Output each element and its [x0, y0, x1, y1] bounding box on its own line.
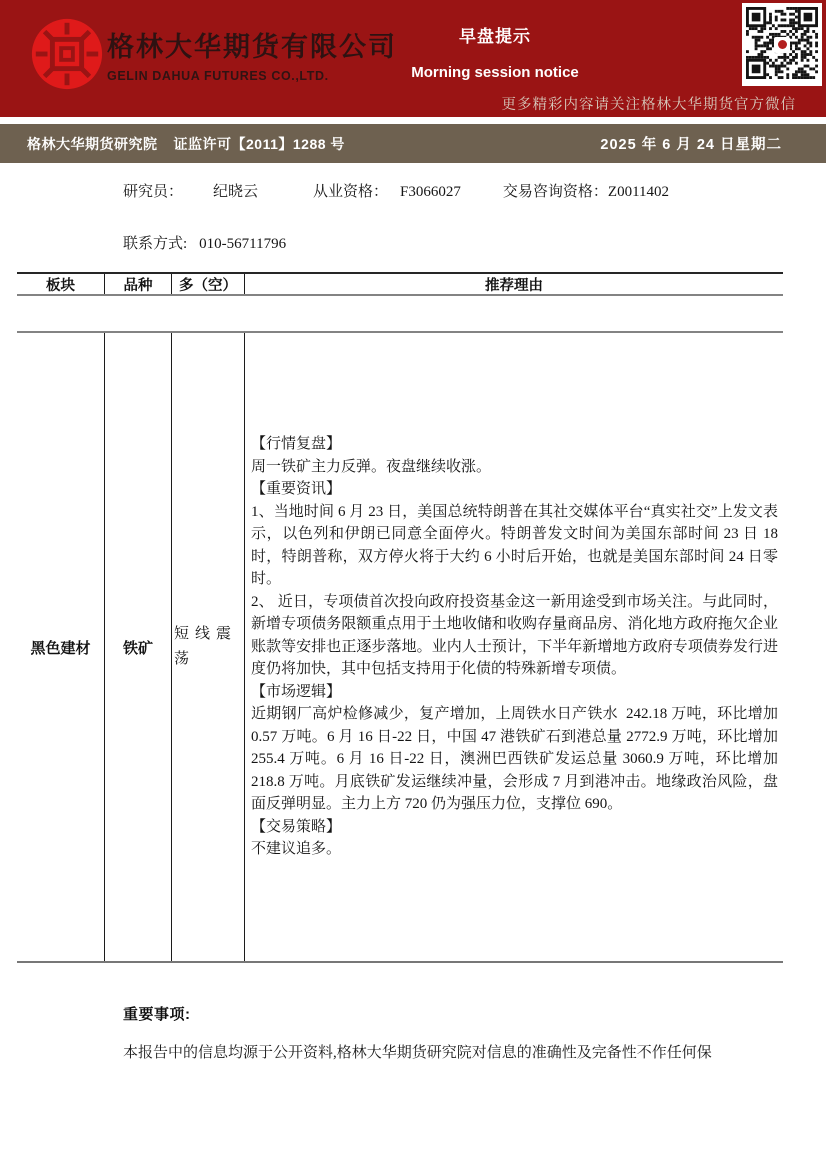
header-banner: 格林大华期货有限公司 GELIN DAHUA FUTURES CO.,LTD. …	[0, 0, 826, 117]
section-body-news: 1、当地时间 6 月 23 日，美国总统特朗普在其社交媒体平台“真实社交”上发文…	[251, 501, 778, 681]
header-variety: 品种	[105, 274, 172, 294]
header-position: 多（空）	[172, 274, 245, 294]
morning-notice-page: 格林大华期货有限公司 GELIN DAHUA FUTURES CO.,LTD. …	[0, 0, 826, 1169]
cell-variety: 铁矿	[105, 333, 172, 961]
notice-title-block: 早盘提示 Morning session notice	[370, 0, 620, 100]
position-recommendation: 短线震荡	[174, 622, 242, 672]
sub-header-bar: 格林大华期货研究院证监许可【2011】1288 号 2025 年 6 月 24 …	[0, 124, 826, 163]
header-reason: 推荐理由	[245, 274, 783, 294]
institute-name: 格林大华期货研究院	[27, 136, 158, 152]
reason-content: 【行情复盘】 周一铁矿主力反弹。夜盘继续收涨。 【重要资讯】 1、当地时间 6 …	[251, 433, 778, 861]
cell-reason: 【行情复盘】 周一铁矿主力反弹。夜盘继续收涨。 【重要资讯】 1、当地时间 6 …	[245, 333, 783, 961]
contact-line: 联系方式:010-56711796	[123, 232, 669, 253]
qualification-label: 从业资格：	[313, 180, 388, 201]
table-row: 黑色建材 铁矿 短线震荡 【行情复盘】 周一铁矿主力反弹。夜盘继续收涨。 【重要…	[17, 331, 783, 963]
disclaimer-text: 本报告中的信息均源于公开资料,格林大华期货研究院对信息的准确性及完备性不作任何保	[123, 1041, 723, 1062]
wechat-qr-code	[742, 3, 822, 86]
cell-position: 短线震荡	[172, 333, 245, 961]
section-title-strategy: 【交易策略】	[251, 816, 778, 839]
section-title-review: 【行情复盘】	[251, 433, 778, 456]
institute-license: 格林大华期货研究院证监许可【2011】1288 号	[27, 134, 345, 154]
table-header-row: 板块 品种 多（空） 推荐理由	[17, 272, 783, 296]
advisory-label: 交易咨询资格：	[503, 180, 608, 201]
notice-title-en: Morning session notice	[370, 64, 620, 81]
researcher-info: 研究员：纪晓云从业资格：F3066027交易咨询资格：Z0011402 联系方式…	[123, 180, 669, 253]
researcher-label: 研究员：	[123, 180, 183, 201]
section-title-news: 【重要资讯】	[251, 478, 778, 501]
advisory-number: Z0011402	[608, 184, 669, 201]
section-body-logic: 近期钢厂高炉检修减少，复产增加，上周铁水日产铁水 242.18 万吨，环比增加 …	[251, 703, 778, 816]
company-logo-icon	[28, 15, 106, 93]
section-body-review: 周一铁矿主力反弹。夜盘继续收涨。	[251, 456, 778, 479]
cell-sector: 黑色建材	[17, 333, 105, 961]
section-body-strategy: 不建议追多。	[251, 838, 778, 861]
contact-number: 010-56711796	[199, 236, 286, 253]
company-name-en: GELIN DAHUA FUTURES CO.,LTD.	[107, 69, 397, 83]
header-sector: 板块	[17, 274, 105, 294]
report-date: 2025 年 6 月 24 日星期二	[600, 133, 782, 154]
qualification-number: F3066027	[400, 184, 461, 201]
company-name-cn: 格林大华期货有限公司	[107, 25, 397, 64]
researcher-name: 纪晓云	[213, 180, 258, 201]
researcher-line: 研究员：纪晓云从业资格：F3066027交易咨询资格：Z0011402	[123, 180, 669, 201]
contact-label: 联系方式:	[123, 232, 187, 253]
wechat-follow-tip: 更多精彩内容请关注格林大华期货官方微信	[502, 93, 797, 114]
company-name-block: 格林大华期货有限公司 GELIN DAHUA FUTURES CO.,LTD.	[107, 25, 397, 83]
qr-center-logo-icon	[774, 37, 790, 53]
license-number: 证监许可【2011】1288 号	[174, 136, 345, 152]
section-title-logic: 【市场逻辑】	[251, 681, 778, 704]
notice-title-cn: 早盘提示	[370, 22, 620, 47]
important-notes-title: 重要事项:	[123, 1003, 191, 1024]
